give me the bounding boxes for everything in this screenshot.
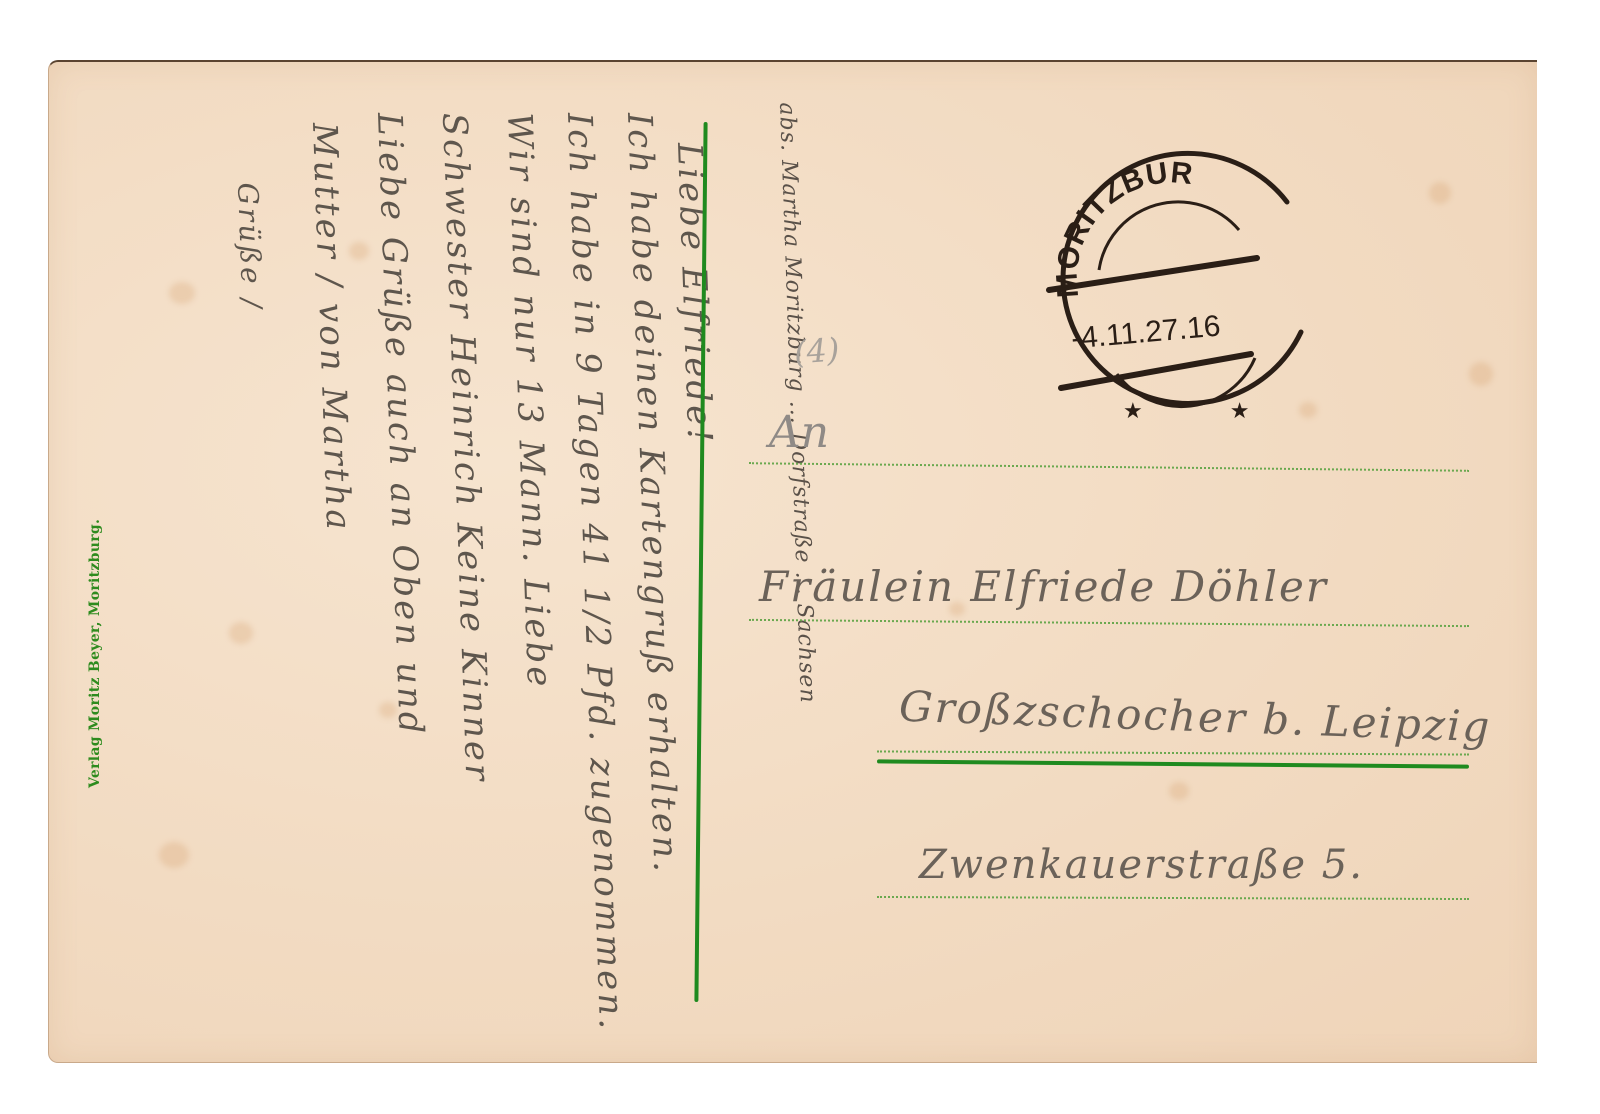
- message-line: Mutter / von Martha: [304, 122, 358, 533]
- foxing-stain: [1469, 362, 1493, 386]
- postmark: MORITZBUR -4.11.27.16 ★ ★: [1039, 162, 1309, 432]
- destination-underline: [877, 759, 1469, 768]
- pencil-note: (4): [793, 330, 841, 371]
- address-line-2: [749, 619, 1469, 627]
- address-line-3: [877, 750, 1469, 755]
- address-prefix: An: [769, 407, 829, 458]
- message-line: Grüße /: [231, 182, 268, 311]
- foxing-stain: [159, 842, 189, 868]
- message-line: Liebe Elfriede!: [669, 142, 720, 446]
- message-line: Schwester Heinrich Keine Kinner: [434, 112, 497, 784]
- foxing-stain: [349, 242, 369, 260]
- foxing-stain: [1169, 782, 1189, 800]
- message-line: Wir sind nur 13 Mann. Liebe: [499, 112, 559, 690]
- postmark-icon: MORITZBUR -4.11.27.16 ★ ★: [1039, 162, 1309, 432]
- foxing-stain: [169, 282, 195, 304]
- foxing-stain: [229, 622, 253, 644]
- perforated-edge: [1531, 102, 1543, 1042]
- svg-text:-4.11.27.16: -4.11.27.16: [1070, 310, 1222, 356]
- addressee-name: Fräulein Elfriede Döhler: [759, 562, 1328, 611]
- address-town: Großzschocher b. Leipzig: [898, 682, 1492, 752]
- postcard: Verlag Moritz Beyer, Moritzburg. Liebe E…: [48, 60, 1537, 1063]
- address-street: Zwenkauerstraße 5.: [919, 842, 1364, 888]
- svg-text:★ ★: ★ ★: [1123, 399, 1289, 424]
- message-line: Ich habe in 9 Tagen 41 1/2 Pfd. zugenomm…: [559, 112, 631, 1033]
- foxing-stain: [1429, 182, 1451, 204]
- address-line-1: [749, 462, 1469, 472]
- message-line: Liebe Grüße auch an Oben und: [369, 112, 431, 737]
- address-line-4: [877, 896, 1469, 900]
